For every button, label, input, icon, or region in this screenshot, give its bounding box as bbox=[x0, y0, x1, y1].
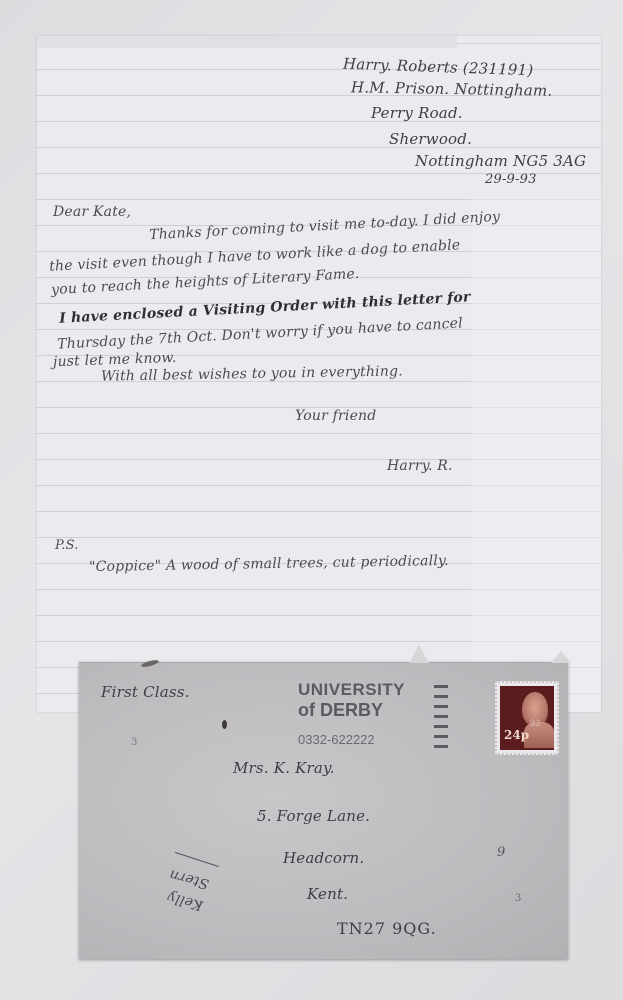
recipient-name: Mrs. K. Kray. bbox=[233, 759, 335, 777]
envelope-tear bbox=[551, 651, 571, 663]
stamp-cancel-year: 93 bbox=[530, 718, 540, 728]
first-class-note: First Class. bbox=[101, 683, 190, 701]
postmark-bars bbox=[434, 685, 448, 755]
sender-institution: H.M. Prison. Nottingham. bbox=[351, 78, 553, 100]
sender-street: Perry Road. bbox=[371, 104, 463, 122]
margin-mark: 3 bbox=[131, 737, 138, 748]
postscript-text: "Coppice" A wood of small trees, cut per… bbox=[89, 553, 449, 575]
pencil-note-line-2: Kelly bbox=[166, 889, 205, 914]
sender-district: Sherwood. bbox=[389, 130, 472, 148]
postage-stamp: 93 24p bbox=[495, 681, 559, 755]
salutation: Dear Kate, bbox=[53, 204, 131, 220]
stamp-value: 24p bbox=[504, 728, 529, 742]
sender-name: Harry. Roberts (231191) bbox=[343, 55, 534, 80]
letter-right-edge bbox=[471, 196, 601, 712]
pencil-stroke bbox=[175, 852, 219, 867]
recipient-town: Headcorn. bbox=[283, 849, 364, 867]
signature: Harry. R. bbox=[387, 458, 453, 474]
margin-mark: 3 bbox=[515, 893, 522, 904]
stamp-face: 93 24p bbox=[500, 686, 554, 750]
sender-city-postcode: Nottingham NG5 3AG bbox=[415, 152, 586, 170]
closing: Your friend bbox=[295, 408, 376, 424]
recipient-street: 5. Forge Lane. bbox=[257, 807, 370, 825]
letter-date: 29-9-93 bbox=[485, 172, 537, 187]
letter-sheet: Harry. Roberts (231191) H.M. Prison. Not… bbox=[37, 36, 601, 712]
pencil-note-line-1: Stern bbox=[168, 866, 211, 892]
postmark-phone: 0332-622222 bbox=[298, 733, 375, 746]
envelope-tear bbox=[409, 645, 429, 663]
envelope: First Class. UNIVERSITY of DERBY 0332-62… bbox=[79, 662, 568, 959]
letter-top-fold bbox=[37, 36, 457, 48]
postmark-line-2: of DERBY bbox=[298, 701, 383, 719]
recipient-county: Kent. bbox=[307, 885, 348, 903]
body-line: the visit even though I have to work lik… bbox=[49, 237, 461, 275]
envelope-ink-dot bbox=[222, 720, 227, 729]
postscript-label: P.S. bbox=[55, 538, 79, 553]
margin-mark: 9 bbox=[497, 845, 505, 860]
postmark-line-1: UNIVERSITY bbox=[298, 681, 405, 698]
recipient-postcode: TN27 9QG. bbox=[337, 919, 437, 938]
